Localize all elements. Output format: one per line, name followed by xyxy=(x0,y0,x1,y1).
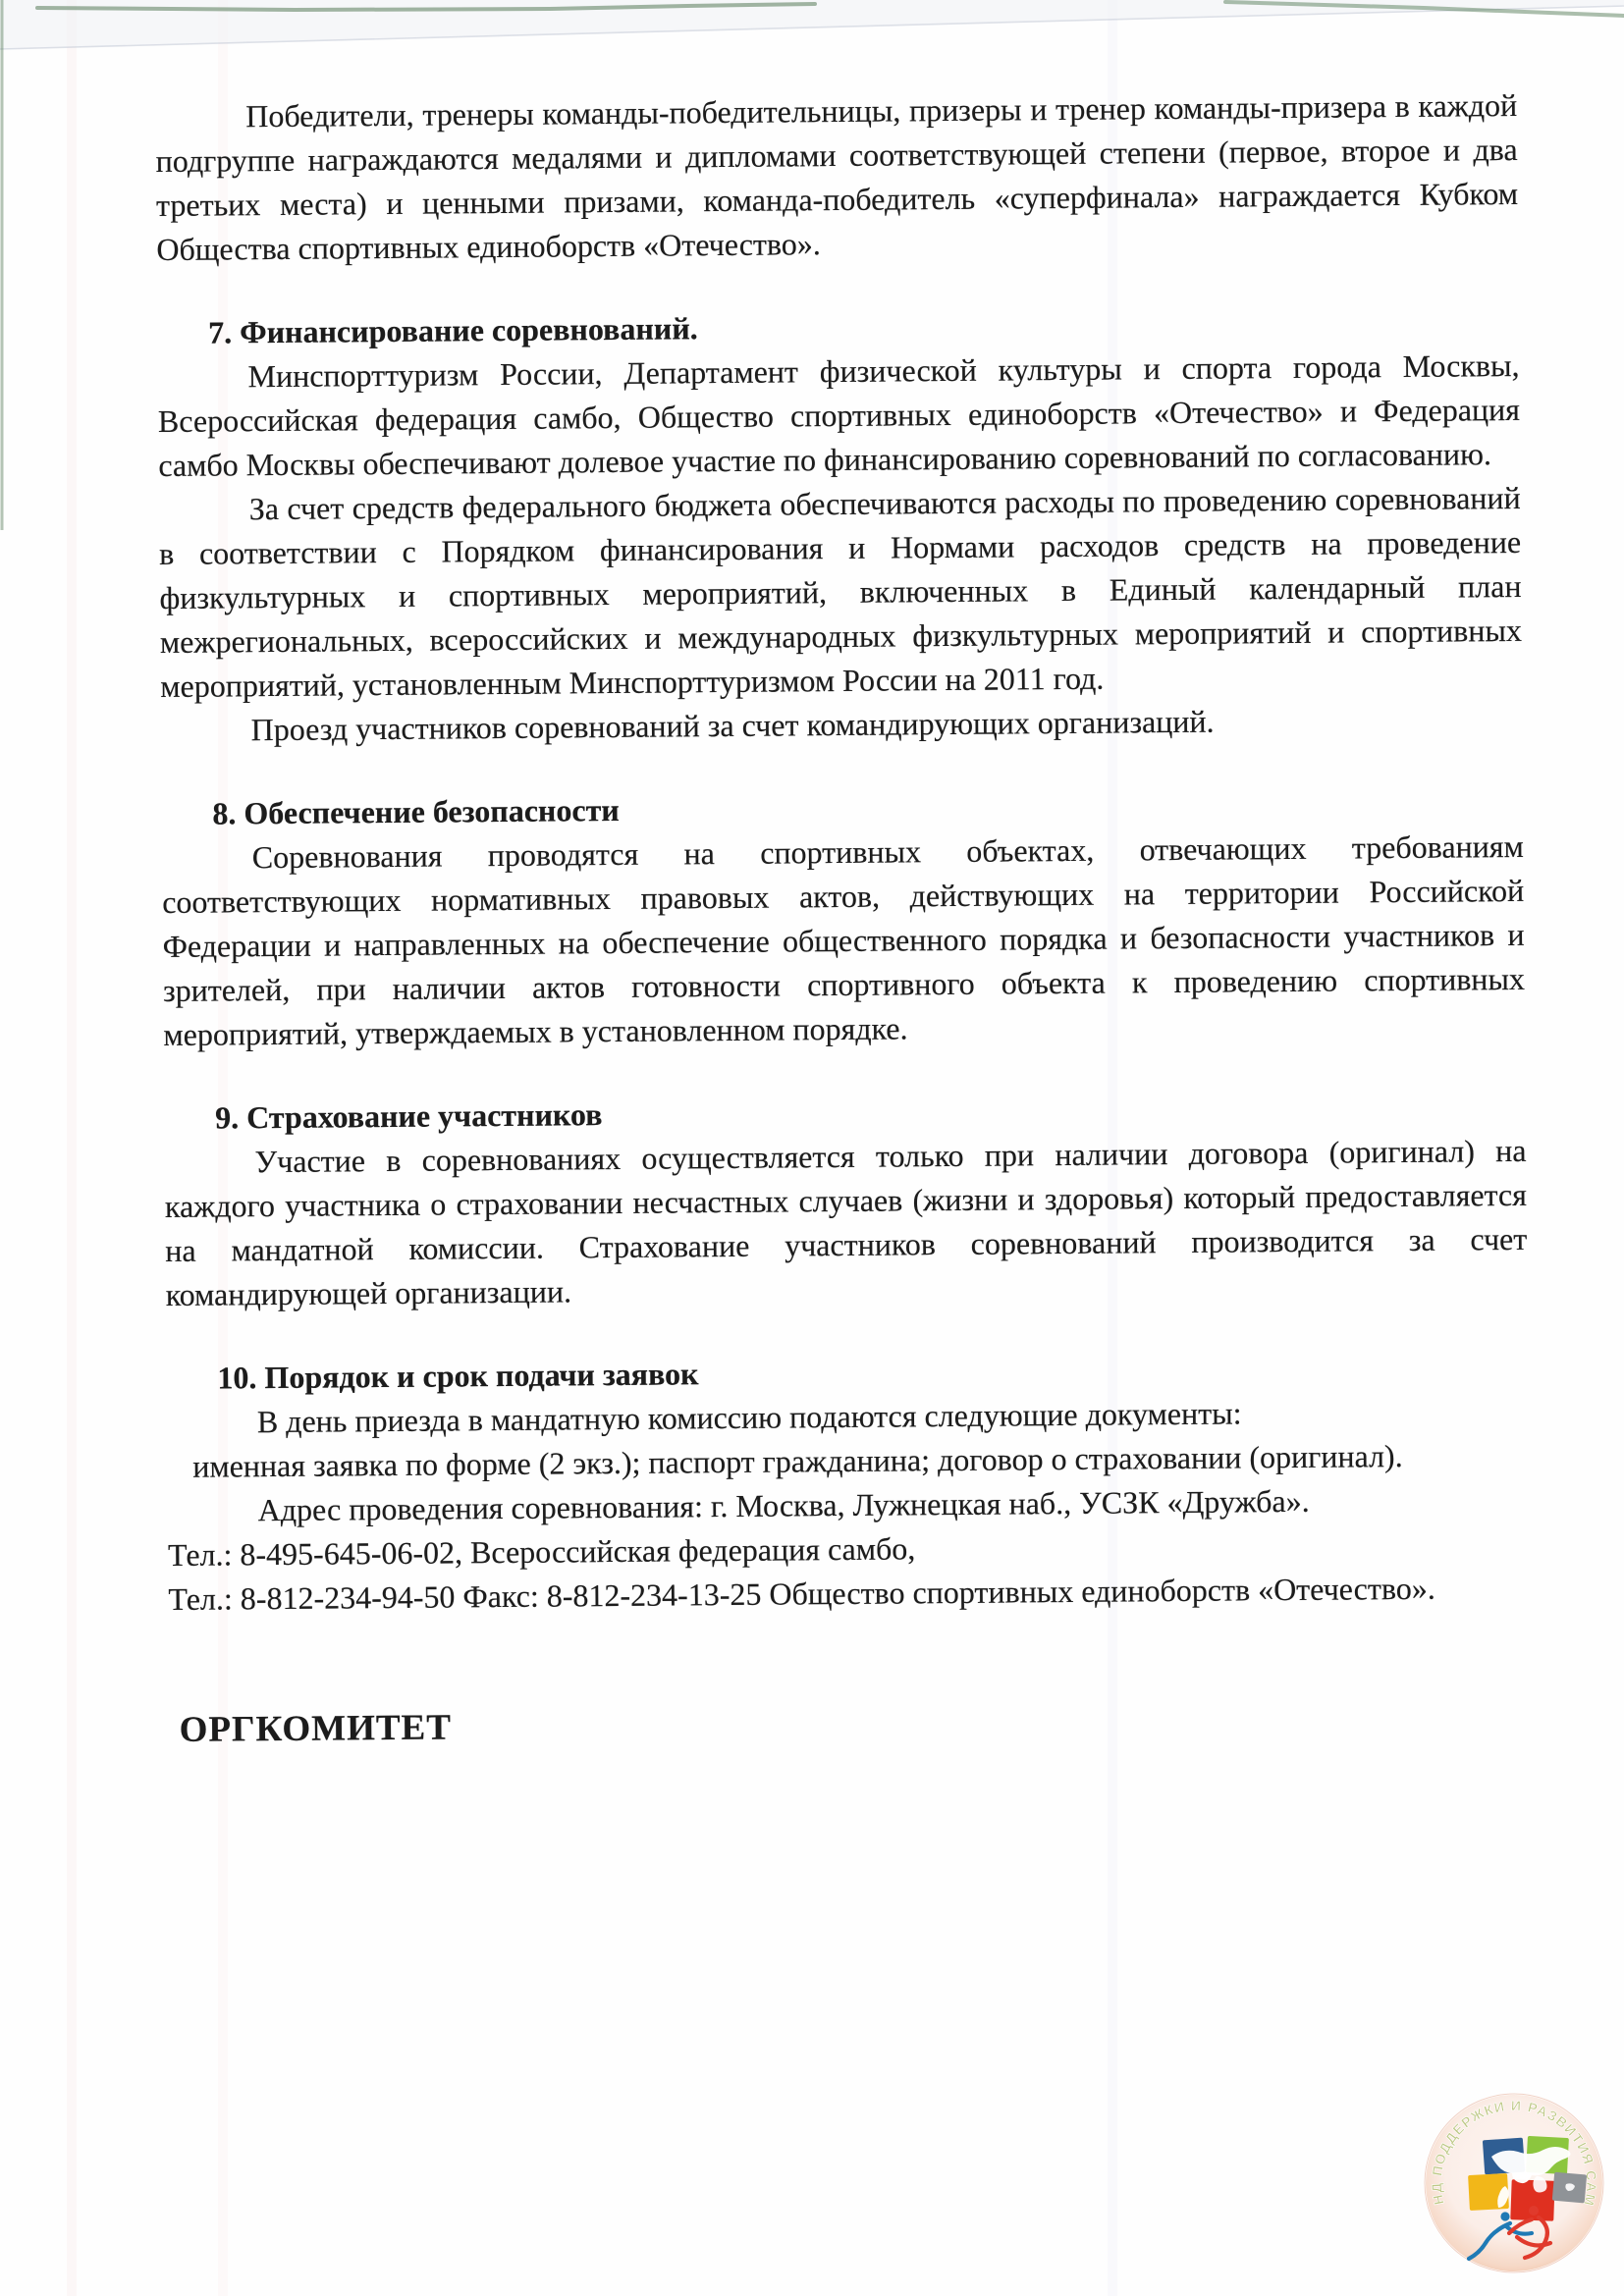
section-8-paragraph: Соревнования проводятся на спортивных об… xyxy=(162,825,1526,1057)
blue-wrestler-head xyxy=(1500,2212,1509,2220)
orgcommittee-heading: ОРГКОМИТЕТ xyxy=(179,1696,1531,1752)
red-wrestler-head xyxy=(1529,2206,1539,2216)
section-7-paragraph: За счет средств федерального бюджета обе… xyxy=(159,476,1523,709)
intro-paragraph: Победители, тренеры команды-победительни… xyxy=(154,0,1518,272)
sambo-fund-stamp: ФОНД ПОДДЕРЖКИ И РАЗВИТИЯ САМБО xyxy=(1423,2092,1605,2274)
section-7-paragraph: Минспорттуризм России, Департамент физич… xyxy=(157,344,1520,488)
scan-streak xyxy=(67,0,77,2296)
document-body: Победители, тренеры команды-победительни… xyxy=(154,0,1532,1752)
scanned-document-page: Победители, тренеры команды-победительни… xyxy=(0,0,1624,2296)
section-9-paragraph: Участие в соревнованиях осуществляется т… xyxy=(164,1129,1528,1317)
